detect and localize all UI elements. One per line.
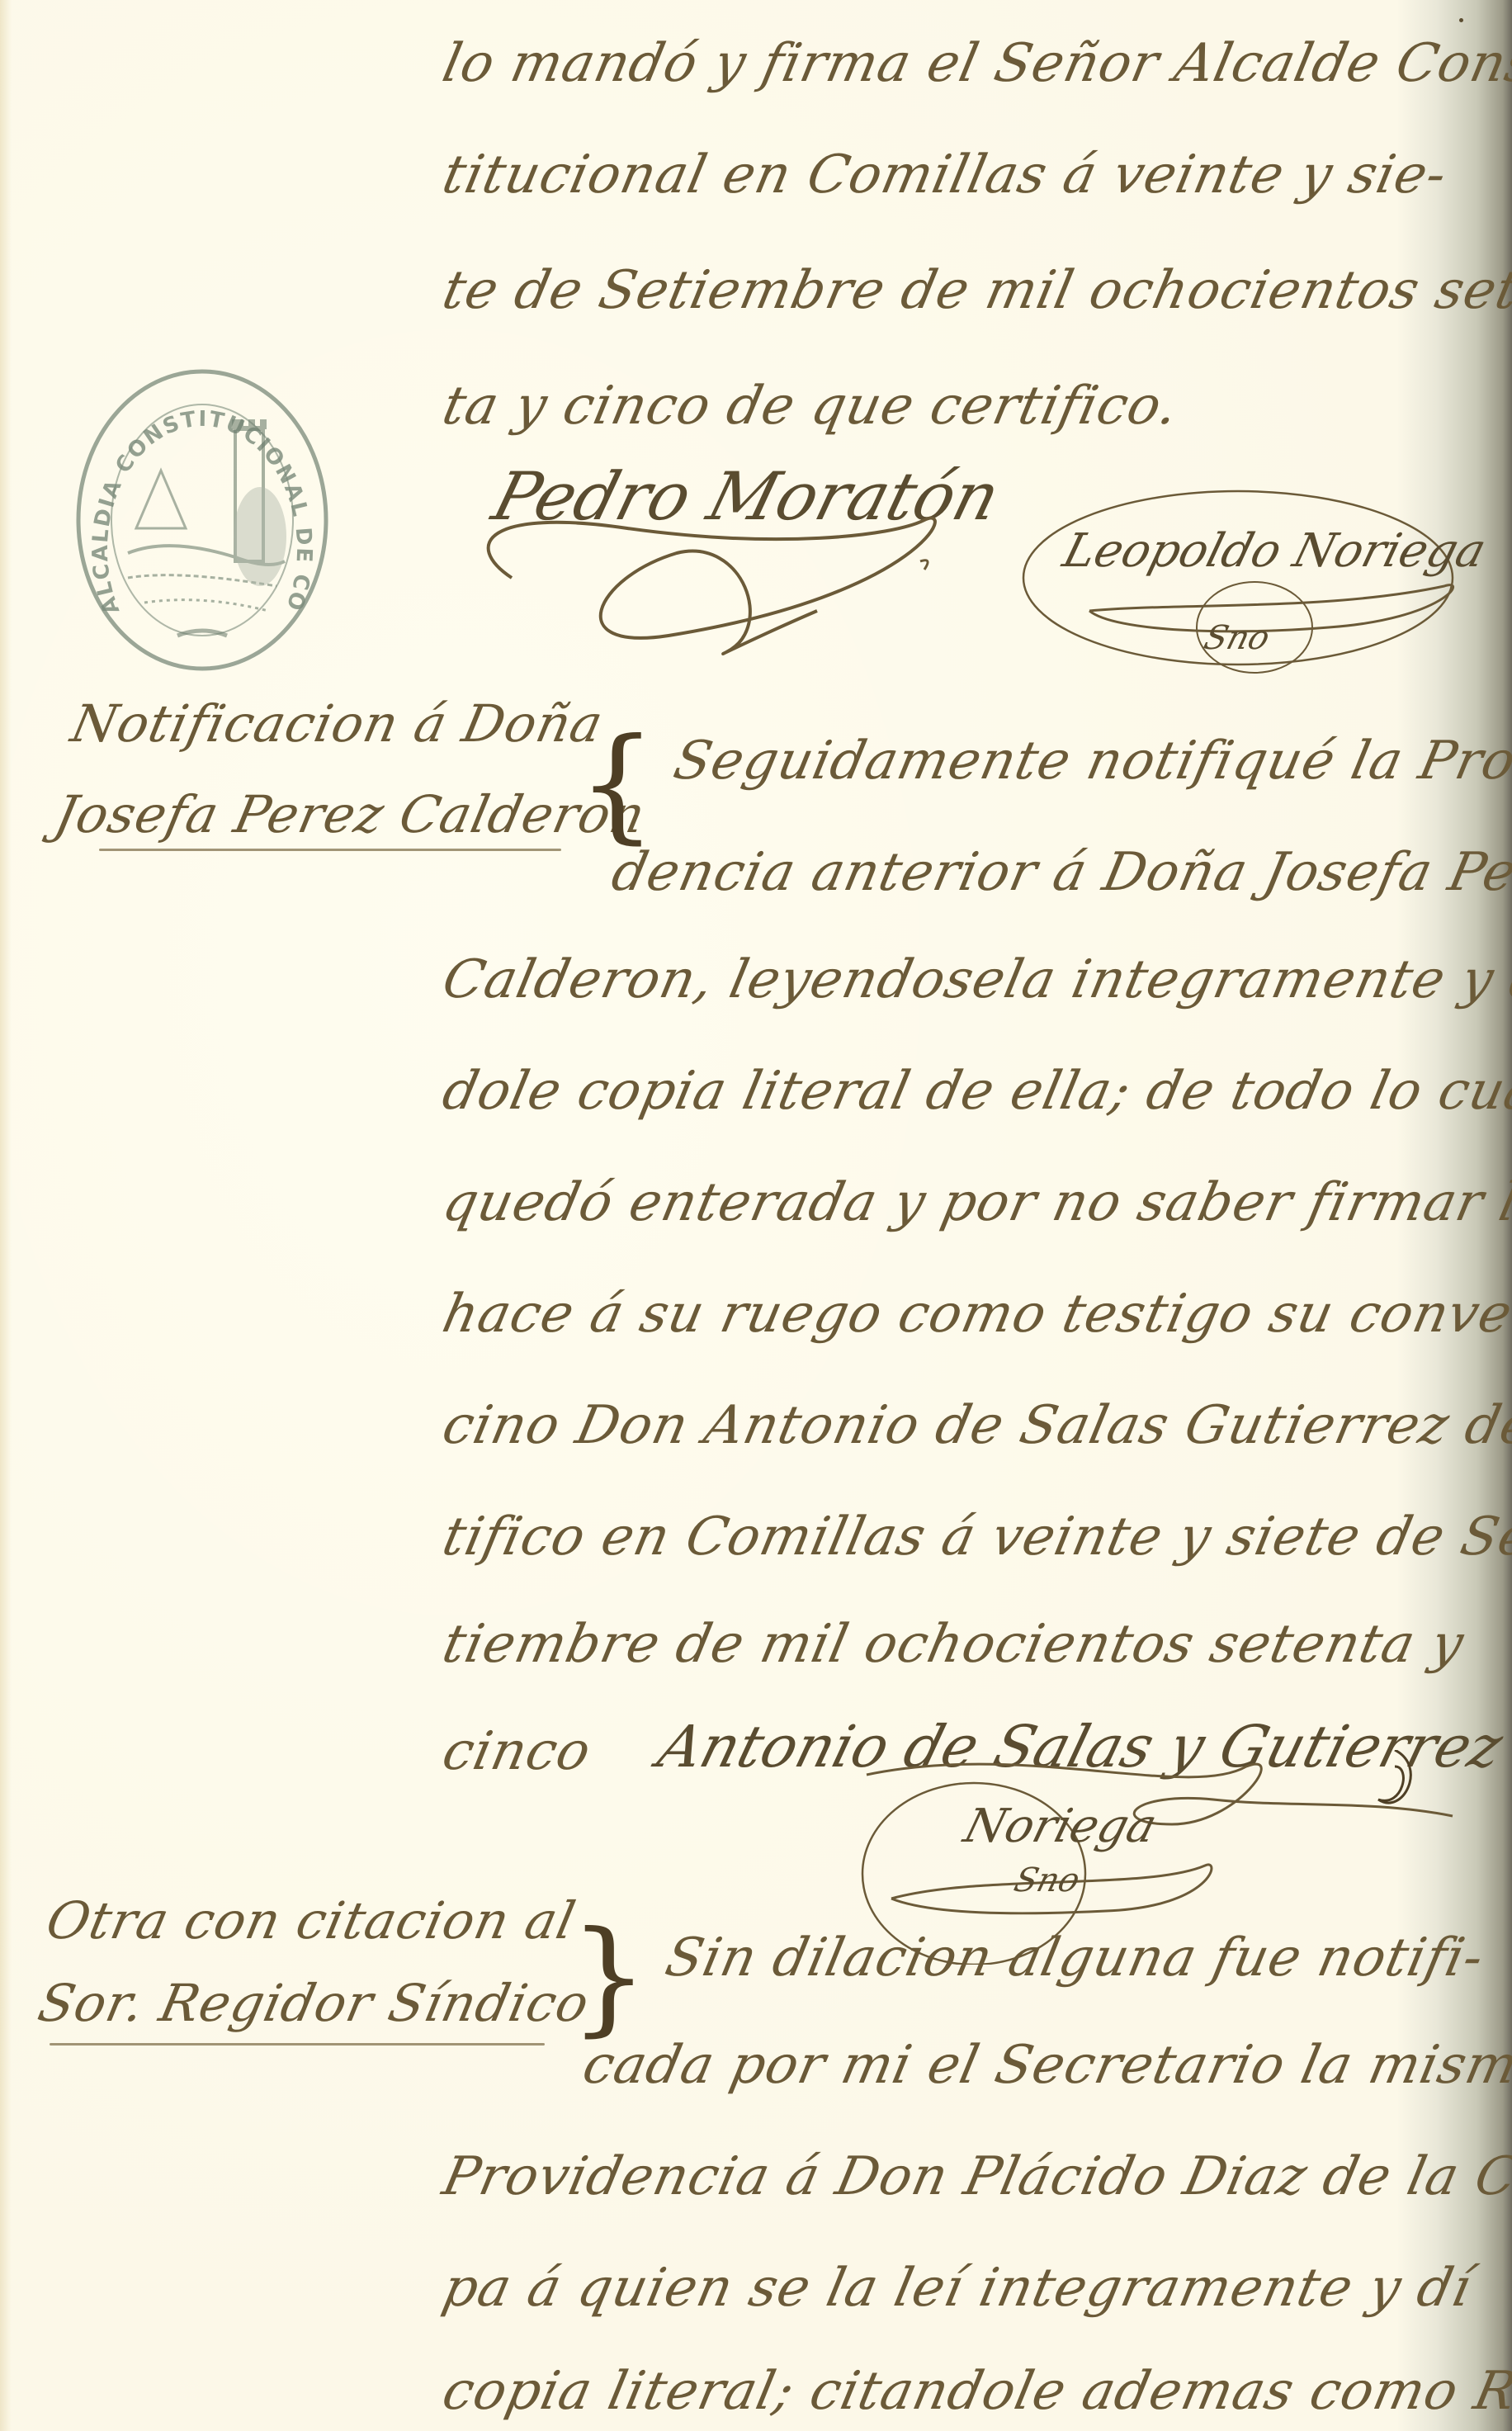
text-line: cinco [437, 1721, 597, 1782]
margin-note-line: Notificacion á Doña [66, 693, 608, 754]
text-line: cada por mi el Secretario la misma [578, 2035, 1512, 2096]
text-line: Sin dilacion alguna fue notifi- [660, 1927, 1489, 1989]
ink-dot [1459, 18, 1463, 22]
municipal-seal-stamp: ALCALDIA CONSTITUCIONAL DE COMILLAS [70, 363, 334, 677]
text-line: tifico en Comillas á veinte y siete de S… [437, 1506, 1512, 1568]
signature-role: Sno [1200, 619, 1274, 657]
text-line: Seguidamente notifiqué la Provi- [669, 731, 1512, 792]
text-line: cino Don Antonio de Salas Gutierrez de q… [437, 1395, 1512, 1456]
margin-note-underline [99, 849, 561, 851]
page-left-edge [0, 0, 12, 2431]
text-line: dencia anterior á Doña Josefa Perez [607, 842, 1512, 903]
margin-note-underline [50, 2043, 545, 2046]
brace-divider: } [569, 1915, 648, 2039]
text-line: pa á quien se la leí integramente y dí [437, 2258, 1477, 2319]
signature-secretario: Noriega [958, 1800, 1162, 1853]
margin-note-line: Sor. Regidor Síndico [33, 1973, 595, 2033]
text-line: quedó enterada y por no saber firmar lo [437, 1172, 1512, 1233]
margin-note-line: Otra con citacion al [41, 1890, 581, 1951]
brace-divider: { [578, 722, 656, 846]
signature-secretario: Leopoldo Noriega [1057, 524, 1491, 578]
signature-role: Sno [1010, 1861, 1084, 1899]
text-line: hace á su ruego como testigo su conve- [437, 1284, 1512, 1345]
text-line: tiembre de mil ochocientos setenta y [437, 1614, 1469, 1675]
margin-note-line: Josefa Perez Calderon [50, 784, 651, 844]
text-line: lo mandó y firma el Señor Alcalde Cons- [437, 33, 1512, 94]
text-line: ta y cinco de que certifico. [437, 376, 1184, 437]
text-line: te de Setiembre de mil ochocientos seten… [437, 260, 1512, 321]
signature-flourish [462, 512, 1040, 669]
text-line: Calderon, leyendosela integramente y dan… [437, 949, 1512, 1010]
text-line: titucional en Comillas á veinte y sie- [437, 144, 1453, 206]
text-line: Providencia á Don Plácido Diaz de la Cam… [437, 2146, 1512, 2207]
text-line: dole copia literal de ella; de todo lo c… [437, 1061, 1512, 1122]
text-line: copia literal; citandole ademas como Reg… [437, 2361, 1512, 2422]
